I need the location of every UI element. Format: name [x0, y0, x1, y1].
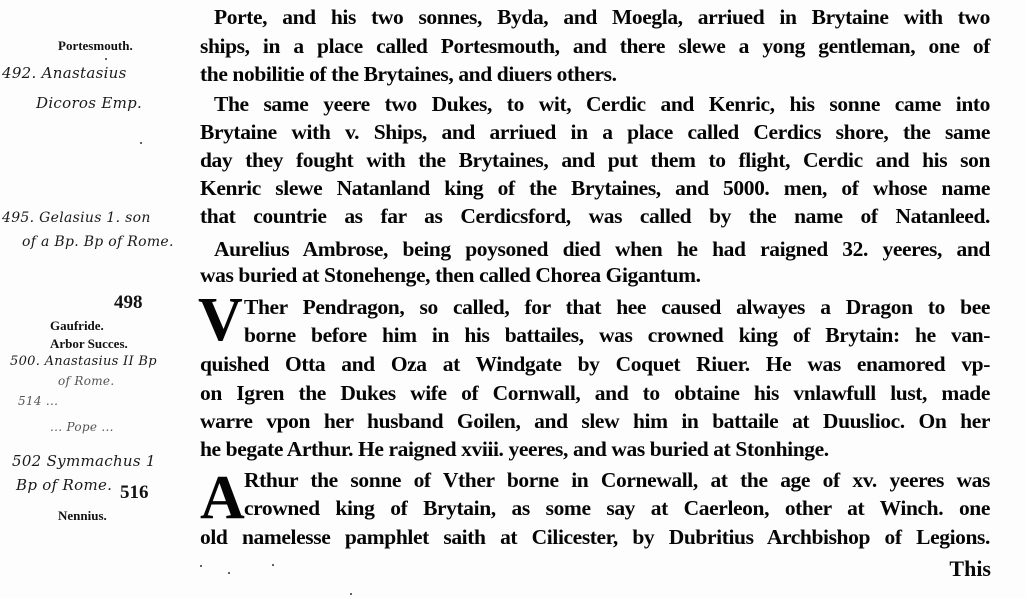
text-line: quished Otta and Oza at Windgate by Coqu…	[200, 351, 990, 377]
text-line: the nobilitie of the Brytaines, and diue…	[200, 61, 990, 87]
text-line: that countrie as far as Cerdicsford, was…	[200, 203, 990, 229]
text-line: The same yeere two Dukes, to wit, Cerdic…	[214, 91, 990, 117]
text-line: Porte, and his two sonnes, Byda, and Moe…	[214, 4, 990, 30]
handwritten-note: 495. Gelasius 1. son	[2, 210, 151, 226]
text-line: was buried at Stonehenge, then called Ch…	[200, 262, 990, 288]
scan-speck	[350, 593, 352, 595]
scan-speck	[140, 142, 142, 144]
text-line: old namelesse pamphlet saith at Cilicest…	[200, 524, 990, 550]
handwritten-note: ... Pope ...	[50, 420, 114, 434]
catchword: This	[949, 556, 991, 582]
text-line: Kenric slewe Natanland king of the Bryta…	[200, 175, 990, 201]
document-page: Portesmouth. 492. Anastasius Dicoros Emp…	[0, 0, 1025, 598]
text-line: borne before him in his battailes, was c…	[244, 322, 990, 348]
handwritten-note: 514 ...	[18, 394, 58, 408]
handwritten-note: Bp of Rome.	[16, 476, 112, 494]
margin-note-gaufride: Gaufride.	[50, 318, 104, 334]
text-line: Brytaine with v. Ships, and arriued in a…	[200, 119, 990, 145]
text-line: day they fought with the Brytaines, and …	[200, 147, 990, 173]
drop-cap-a: A	[200, 470, 245, 526]
handwritten-note: 500. Anastasius II Bp	[10, 354, 157, 369]
text-line: Rthur the sonne of Vther borne in Cornew…	[244, 467, 990, 493]
margin-note-arbor-succes: Arbor Succes.	[50, 336, 128, 352]
scan-speck	[228, 572, 230, 574]
handwritten-note: of Rome.	[58, 374, 114, 388]
handwritten-note: 502 Symmachus 1	[12, 452, 156, 470]
handwritten-note: 492. Anastasius	[2, 64, 127, 82]
scan-speck	[200, 565, 202, 567]
margin-note-nennius: Nennius.	[58, 508, 107, 524]
scan-speck	[105, 58, 107, 60]
text-line: he begate Arthur. He raigned xviii. yeer…	[200, 436, 990, 462]
year-number: 516	[120, 482, 149, 504]
drop-cap-v: V	[198, 292, 243, 348]
margin-note-portesmouth: Portesmouth.	[58, 38, 133, 54]
text-line: warre vpon her husband Goilen, and slew …	[200, 408, 990, 434]
text-line: Aurelius Ambrose, being poysoned died wh…	[214, 236, 990, 262]
text-line: Ther Pendragon, so called, for that hee …	[244, 294, 990, 320]
scan-speck	[272, 564, 274, 566]
handwritten-note: of a Bp. Bp of Rome.	[22, 234, 174, 250]
text-line: crowned king of Brytain, as some say at …	[244, 495, 990, 521]
handwritten-note: Dicoros Emp.	[36, 94, 142, 112]
year-number: 498	[114, 292, 143, 314]
text-line: ships, in a place called Portesmouth, an…	[200, 33, 990, 59]
text-line: on Igren the Dukes wife of Cornwall, and…	[200, 380, 990, 406]
